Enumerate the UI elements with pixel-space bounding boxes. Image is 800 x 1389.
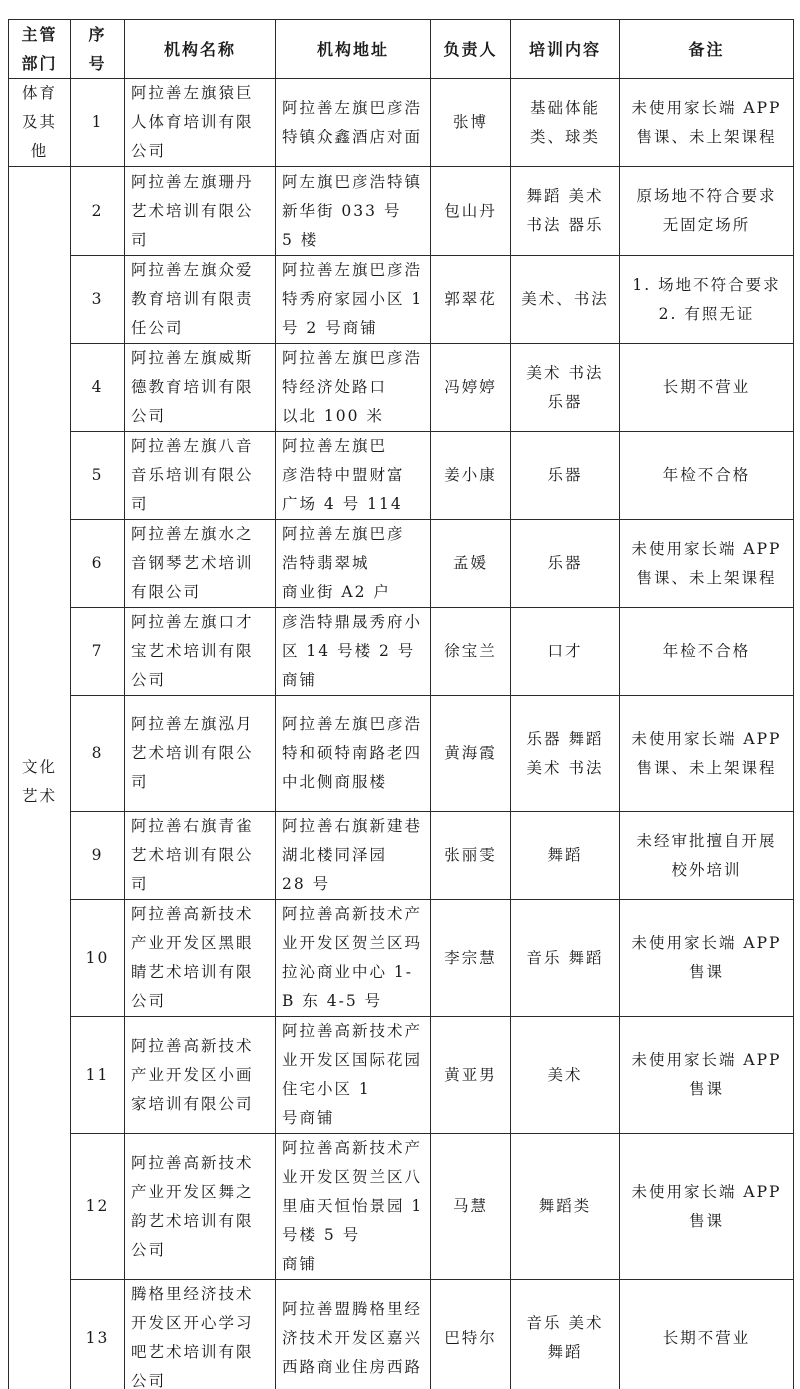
- org-name: 阿拉善左旗口才宝艺术培训有限公司: [125, 608, 276, 696]
- org-name: 阿拉善高新技术产业开发区黑眼睛艺术培训有限公司: [125, 900, 276, 1017]
- person-in-charge: 张博: [431, 79, 511, 167]
- training-content: 乐器: [511, 432, 620, 520]
- org-address: 阿拉善左旗巴彦浩特经济处路口 以北 100 米: [276, 344, 431, 432]
- header-department: 主管 部门: [9, 20, 71, 79]
- remark: 未使用家长端 APP 售课、未上架课程: [620, 696, 794, 812]
- row-number: 9: [71, 812, 125, 900]
- department-cell: 文化 艺术: [9, 167, 71, 1389]
- row-number: 12: [71, 1134, 125, 1280]
- row-number: 13: [71, 1280, 125, 1389]
- row-number: 2: [71, 167, 125, 256]
- person-in-charge: 徐宝兰: [431, 608, 511, 696]
- row-number: 10: [71, 900, 125, 1017]
- person-in-charge: 黄亚男: [431, 1017, 511, 1134]
- training-content: 美术: [511, 1017, 620, 1134]
- table-row: 文化 艺术2阿拉善左旗珊丹艺术培训有限公司阿左旗巴彦浩特镇新华街 033 号 5…: [9, 167, 794, 256]
- row-number: 4: [71, 344, 125, 432]
- header-row: 主管 部门 序 号 机构名称 机构地址 负责人 培训内容 备注: [9, 20, 794, 79]
- header-number: 序 号: [71, 20, 125, 79]
- person-in-charge: 黄海霞: [431, 696, 511, 812]
- org-address: 阿拉善左旗巴彦浩特秀府家园小区 1 号 2 号商铺: [276, 256, 431, 344]
- table-row: 4阿拉善左旗威斯德教育培训有限公司阿拉善左旗巴彦浩特经济处路口 以北 100 米…: [9, 344, 794, 432]
- header-content: 培训内容: [511, 20, 620, 79]
- person-in-charge: 孟媛: [431, 520, 511, 608]
- remark: 未使用家长端 APP 售课: [620, 1017, 794, 1134]
- table-row: 10阿拉善高新技术产业开发区黑眼睛艺术培训有限公司阿拉善高新技术产业开发区贺兰区…: [9, 900, 794, 1017]
- row-number: 11: [71, 1017, 125, 1134]
- row-number: 5: [71, 432, 125, 520]
- table-row: 13腾格里经济技术开发区开心学习吧艺术培训有限公司阿拉善盟腾格里经济技术开发区嘉…: [9, 1280, 794, 1389]
- department-cell: 体育 及其 他: [9, 79, 71, 167]
- table-row: 12阿拉善高新技术产业开发区舞之韵艺术培训有限 公司阿拉善高新技术产业开发区贺兰…: [9, 1134, 794, 1280]
- remark: 长期不营业: [620, 344, 794, 432]
- header-name: 机构名称: [125, 20, 276, 79]
- org-name: 阿拉善左旗八音音乐培训有限公司: [125, 432, 276, 520]
- org-name: 阿拉善高新技术产业开发区小画家培训有限公司: [125, 1017, 276, 1134]
- org-address: 阿拉善高新技术产业开发区贺兰区玛拉沁商业中心 1-B 东 4-5 号: [276, 900, 431, 1017]
- institution-table: 主管 部门 序 号 机构名称 机构地址 负责人 培训内容 备注 体育 及其 他1…: [8, 19, 794, 1389]
- remark: 未经审批擅自开展 校外培训: [620, 812, 794, 900]
- training-content: 美术 书法 乐器: [511, 344, 620, 432]
- training-content: 口才: [511, 608, 620, 696]
- table-row: 8阿拉善左旗泓月艺术培训有限公司阿拉善左旗巴彦浩特和硕特南路老四中北侧商服楼黄海…: [9, 696, 794, 812]
- remark: 年检不合格: [620, 432, 794, 520]
- person-in-charge: 张丽雯: [431, 812, 511, 900]
- training-content: 乐器 舞蹈 美术 书法: [511, 696, 620, 812]
- training-content: 音乐 美术 舞蹈: [511, 1280, 620, 1389]
- org-name: 腾格里经济技术开发区开心学习吧艺术培训有限公司: [125, 1280, 276, 1389]
- person-in-charge: 巴特尔: [431, 1280, 511, 1389]
- training-content: 美术、书法: [511, 256, 620, 344]
- remark: 原场地不符合要求 无固定场所: [620, 167, 794, 256]
- person-in-charge: 冯婷婷: [431, 344, 511, 432]
- org-address: 阿拉善左旗巴彦 浩特翡翠城 商业街 A2 户: [276, 520, 431, 608]
- row-number: 8: [71, 696, 125, 812]
- training-content: 乐器: [511, 520, 620, 608]
- org-name: 阿拉善左旗猿巨人体育培训有限公司: [125, 79, 276, 167]
- row-number: 7: [71, 608, 125, 696]
- table-row: 6阿拉善左旗水之音钢琴艺术培训有限公司阿拉善左旗巴彦 浩特翡翠城 商业街 A2 …: [9, 520, 794, 608]
- org-address: 阿拉善盟腾格里经济技术开发区嘉兴西路商业住房西路: [276, 1280, 431, 1389]
- org-name: 阿拉善左旗威斯德教育培训有限公司: [125, 344, 276, 432]
- remark: 未使用家长端 APP 售课: [620, 1134, 794, 1280]
- row-number: 3: [71, 256, 125, 344]
- training-content: 舞蹈: [511, 812, 620, 900]
- remark: 未使用家长端 APP 售课、未上架课程: [620, 520, 794, 608]
- remark: 未使用家长端 APP 售课、未上架课程: [620, 79, 794, 167]
- org-address: 阿拉善右旗新建巷湖北楼同泽园 28 号: [276, 812, 431, 900]
- training-content: 基础体能 类、球类: [511, 79, 620, 167]
- org-address: 阿拉善左旗巴彦浩特和硕特南路老四中北侧商服楼: [276, 696, 431, 812]
- org-address: 阿拉善左旗巴 彦浩特中盟财富 广场 4 号 114: [276, 432, 431, 520]
- table-row: 9阿拉善右旗青雀艺术培训有限公司阿拉善右旗新建巷湖北楼同泽园 28 号张丽雯舞蹈…: [9, 812, 794, 900]
- org-name: 阿拉善左旗水之音钢琴艺术培训有限公司: [125, 520, 276, 608]
- org-address: 彦浩特鼎晟秀府小区 14 号楼 2 号 商铺: [276, 608, 431, 696]
- header-address: 机构地址: [276, 20, 431, 79]
- table-row: 体育 及其 他1阿拉善左旗猿巨人体育培训有限公司阿拉善左旗巴彦浩特镇众鑫酒店对面…: [9, 79, 794, 167]
- remark: 未使用家长端 APP 售课: [620, 900, 794, 1017]
- org-name: 阿拉善左旗泓月艺术培训有限公司: [125, 696, 276, 812]
- org-name: 阿拉善左旗珊丹艺术培训有限公司: [125, 167, 276, 256]
- person-in-charge: 马慧: [431, 1134, 511, 1280]
- org-address: 阿拉善左旗巴彦浩特镇众鑫酒店对面: [276, 79, 431, 167]
- header-remark: 备注: [620, 20, 794, 79]
- org-address: 阿拉善高新技术产业开发区国际花园住宅小区 1 号商铺: [276, 1017, 431, 1134]
- person-in-charge: 姜小康: [431, 432, 511, 520]
- table-row: 7阿拉善左旗口才宝艺术培训有限公司彦浩特鼎晟秀府小区 14 号楼 2 号 商铺徐…: [9, 608, 794, 696]
- table-row: 5阿拉善左旗八音音乐培训有限公司阿拉善左旗巴 彦浩特中盟财富 广场 4 号 11…: [9, 432, 794, 520]
- training-content: 舞蹈 美术 书法 器乐: [511, 167, 620, 256]
- org-name: 阿拉善高新技术产业开发区舞之韵艺术培训有限 公司: [125, 1134, 276, 1280]
- person-in-charge: 郭翠花: [431, 256, 511, 344]
- org-name: 阿拉善左旗众爱教育培训有限责任公司: [125, 256, 276, 344]
- row-number: 1: [71, 79, 125, 167]
- person-in-charge: 包山丹: [431, 167, 511, 256]
- remark: 1. 场地不符合要求 2. 有照无证: [620, 256, 794, 344]
- row-number: 6: [71, 520, 125, 608]
- remark: 长期不营业: [620, 1280, 794, 1389]
- person-in-charge: 李宗慧: [431, 900, 511, 1017]
- org-address: 阿拉善高新技术产业开发区贺兰区八里庙天恒怡景园 1 号楼 5 号 商铺: [276, 1134, 431, 1280]
- table-row: 3阿拉善左旗众爱教育培训有限责任公司阿拉善左旗巴彦浩特秀府家园小区 1 号 2 …: [9, 256, 794, 344]
- training-content: 舞蹈类: [511, 1134, 620, 1280]
- training-content: 音乐 舞蹈: [511, 900, 620, 1017]
- table-row: 11阿拉善高新技术产业开发区小画家培训有限公司阿拉善高新技术产业开发区国际花园住…: [9, 1017, 794, 1134]
- header-person: 负责人: [431, 20, 511, 79]
- remark: 年检不合格: [620, 608, 794, 696]
- org-address: 阿左旗巴彦浩特镇新华街 033 号 5 楼: [276, 167, 431, 256]
- org-name: 阿拉善右旗青雀艺术培训有限公司: [125, 812, 276, 900]
